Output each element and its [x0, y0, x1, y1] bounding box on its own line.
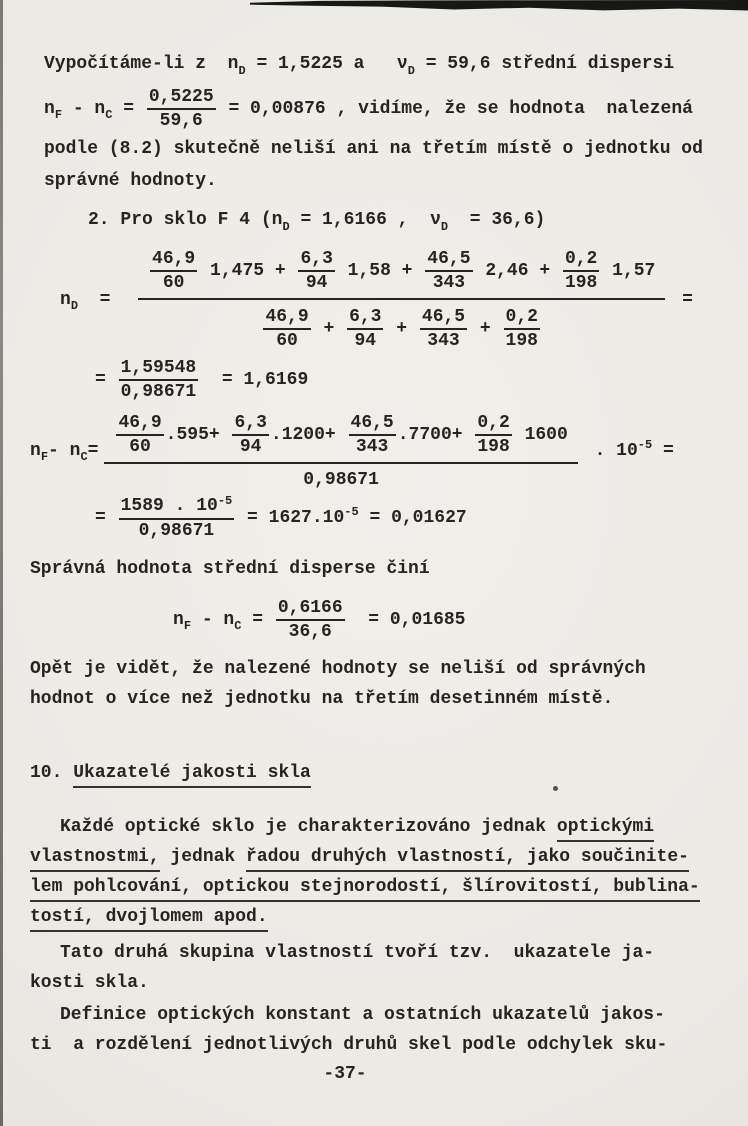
term-text: .595+ — [166, 425, 231, 445]
text-line: Definice optických konstant a ostatních … — [30, 1000, 714, 1030]
fraction-numerator: 0,2 — [475, 412, 511, 436]
subscript: D — [441, 214, 448, 240]
formula-nfc: nF- nC= 46,960.595+ 6,394.1200+ 46,5343.… — [30, 412, 714, 490]
underlined-text: optickými — [557, 815, 654, 842]
fraction-denominator: 198 — [475, 436, 511, 458]
fraction-numerator: 6,3 — [232, 412, 268, 436]
fraction-denominator: 343 — [425, 330, 461, 352]
text-line: Opět je vidět, že nalezené hodnoty se ne… — [30, 654, 714, 684]
fraction-numerator: 0,2 — [563, 248, 599, 272]
fraction-denominator: 60 — [274, 330, 300, 352]
text-segment: = 1,6166 , — [290, 210, 430, 230]
underlined-text: lem pohlcování, optickou stejnorodostí, … — [30, 875, 700, 902]
operator: = — [112, 99, 144, 119]
fraction: 46,5343 — [425, 248, 472, 294]
formula-nfc-result: = 1589 . 10-50,98671 = 1627.10-5 = 0,016… — [95, 494, 714, 542]
result-text: = 1,6169 — [200, 370, 308, 390]
fraction: 46,5343 — [420, 306, 467, 352]
fraction-denominator: 198 — [563, 272, 599, 294]
term-text: + — [313, 319, 345, 339]
list-item-2: 2. Pro sklo F 4 (nD = 1,6166 , νD = 36,6… — [88, 207, 714, 234]
section-heading-10: 10. Ukazatelé jakosti skla — [30, 760, 714, 788]
superscript: -5 — [218, 490, 232, 512]
big-fraction: 46,960.595+ 6,394.1200+ 46,5343.7700+ 0,… — [104, 412, 577, 490]
operator: = — [671, 290, 693, 310]
fraction: 46,5343 — [349, 412, 396, 458]
section-title: Ukazatelé jakosti skla — [73, 761, 311, 788]
fraction-numerator: 46,9 — [150, 248, 197, 272]
subscript: C — [105, 108, 112, 122]
symbol-nu: ν — [397, 54, 408, 74]
section-number: 10. — [30, 763, 73, 783]
fraction-numerator: 46,5 — [420, 306, 467, 330]
formula-nd: nD = 46,960 1,475 + 6,394 1,58 + 46,5343… — [60, 248, 714, 352]
numerator-text: 1589 . 10 — [121, 496, 218, 516]
symbol-n: n — [60, 290, 71, 310]
fraction-denominator: 36,6 — [287, 621, 334, 643]
fraction: 1,595480,98671 — [119, 357, 199, 403]
scanned-document-page: Vypočítáme-li z nD = 1,5225 a νD = 59,6 … — [0, 0, 748, 1126]
fraction: 0,616636,6 — [276, 597, 345, 643]
symbol-n: n — [173, 610, 184, 630]
term-text: 1,57 — [601, 261, 655, 281]
underlined-text: řadou druhých vlastností, jako součinite… — [246, 845, 689, 872]
operator: - — [191, 610, 223, 630]
text-segment: jednak — [160, 847, 246, 867]
fraction-numerator: 1,59548 — [119, 357, 199, 381]
text-line: kosti skla. — [30, 968, 714, 998]
fraction-denominator: 94 — [304, 272, 330, 294]
text-line: Vypočítáme-li z nD = 1,5225 a νD = 59,6 … — [44, 48, 714, 81]
text-line: podle (8.2) skutečně neliší ani na třetí… — [44, 133, 714, 165]
subscript: D — [282, 214, 289, 240]
symbol-nu: ν — [430, 210, 441, 230]
operator: - — [62, 99, 94, 119]
text-segment: = 0,00876 , vidíme, že se hodnota naleze… — [218, 99, 693, 119]
fraction: 46,960 — [263, 306, 310, 352]
fraction: 6,394 — [232, 412, 268, 458]
fraction-numerator: 0,5225 — [147, 86, 216, 110]
paragraph-tato: Tato druhá skupina vlastností tvoří tzv.… — [30, 938, 714, 998]
subscript: F — [41, 450, 48, 464]
paragraph-opet: Opět je vidět, že nalezené hodnoty se ne… — [30, 654, 714, 714]
operator: = — [95, 370, 117, 390]
operator: = — [88, 441, 99, 461]
term-text: .1200+ — [271, 425, 347, 445]
operator: = — [652, 441, 674, 461]
subscript: F — [55, 108, 62, 122]
superscript: -5 — [344, 505, 358, 519]
subscript: D — [408, 55, 415, 87]
fraction-denominator: 59,6 — [158, 110, 205, 132]
operator: = — [78, 290, 132, 310]
operator: = — [241, 610, 273, 630]
symbol-n: n — [272, 210, 283, 230]
fraction-denominator: 94 — [238, 436, 264, 458]
operator: = — [95, 508, 117, 528]
big-fraction-denominator: 0,98671 — [293, 470, 389, 490]
text-line: vlastnostmi, jednak řadou druhých vlastn… — [30, 842, 714, 872]
text-segment: = 1,5225 a — [246, 54, 397, 74]
paragraph-intro: Vypočítáme-li z nD = 1,5225 a νD = 59,6 … — [44, 48, 714, 197]
subscript: F — [184, 619, 191, 633]
result-text: = 1627.10 — [236, 508, 344, 528]
fraction-numerator: 46,9 — [263, 306, 310, 330]
fraction-denominator: 94 — [352, 330, 378, 352]
subscript: D — [71, 299, 78, 313]
fraction-denominator: 0,98671 — [119, 381, 199, 403]
text-line: hodnot o více než jednotku na třetím des… — [30, 684, 714, 714]
text-line: lem pohlcování, optickou stejnorodostí, … — [30, 872, 714, 902]
big-fraction-numerator: 46,960.595+ 6,394.1200+ 46,5343.7700+ 0,… — [104, 412, 577, 458]
text-line: tostí, dvojlomem apod. — [30, 902, 714, 932]
fraction: 0,2198 — [563, 248, 599, 294]
page-content: Vypočítáme-li z nD = 1,5225 a νD = 59,6 … — [30, 48, 714, 1086]
result-text: = 0,01627 — [359, 508, 467, 528]
subscript: C — [234, 619, 241, 633]
text-segment: Každé optické sklo je charakterizováno j… — [60, 817, 557, 837]
big-fraction-numerator: 46,960 1,475 + 6,394 1,58 + 46,5343 2,46… — [138, 248, 665, 294]
formula-nd-result: = 1,595480,98671 = 1,6169 — [95, 356, 714, 404]
symbol-n: n — [44, 99, 55, 119]
symbol-n: n — [94, 99, 105, 119]
term-text: 1,475 + — [199, 261, 296, 281]
text-segment: 2. Pro sklo F 4 ( — [88, 210, 272, 230]
fraction-denominator: 198 — [504, 330, 540, 352]
result-text: = 0,01685 — [347, 610, 466, 630]
fraction-numerator: 1589 . 10-5 — [119, 495, 235, 520]
fraction-denominator: 60 — [161, 272, 187, 294]
paragraph-definice: Definice optických konstant a ostatních … — [30, 1000, 714, 1060]
paragraph-spravna: Správná hodnota střední disperse činí — [30, 556, 714, 582]
fraction-numerator: 6,3 — [298, 248, 334, 272]
text-line: správné hodnoty. — [44, 165, 714, 197]
text-line: Každé optické sklo je charakterizováno j… — [30, 812, 714, 842]
text-line: Tato druhá skupina vlastností tvoří tzv.… — [30, 938, 714, 968]
denominator-value: 0,98671 — [303, 470, 379, 490]
symbol-n: n — [223, 610, 234, 630]
fraction-numerator: 46,9 — [116, 412, 163, 436]
underlined-text: vlastnostmi, — [30, 845, 160, 872]
fraction: 6,394 — [347, 306, 383, 352]
fraction-bar — [138, 298, 665, 300]
symbol-n: n — [30, 441, 41, 461]
text-line: ti a rozdělení jednotlivých druhů skel p… — [30, 1030, 714, 1060]
term-text: 1600 — [514, 425, 568, 445]
fraction-denominator: 343 — [354, 436, 390, 458]
scan-artifact-left-edge — [0, 0, 3, 1126]
paragraph-kazde: Každé optické sklo je charakterizováno j… — [30, 812, 714, 932]
scan-artifact-top-band — [250, 0, 748, 11]
page-number: -37- — [3, 1062, 687, 1086]
term-text: .7700+ — [398, 425, 474, 445]
underlined-text: tostí, dvojlomem apod. — [30, 905, 268, 932]
fraction: 6,394 — [298, 248, 334, 294]
fraction-denominator: 60 — [127, 436, 153, 458]
big-fraction: 46,960 1,475 + 6,394 1,58 + 46,5343 2,46… — [138, 248, 665, 352]
fraction-denominator: 343 — [431, 272, 467, 294]
fraction: 0,522559,6 — [147, 86, 216, 132]
fraction: 0,2198 — [504, 306, 540, 352]
subscript: C — [80, 450, 87, 464]
fraction: 46,960 — [150, 248, 197, 294]
big-fraction-denominator: 46,960 + 6,394 + 46,5343 + 0,2198 — [251, 306, 551, 352]
operator: - — [48, 441, 70, 461]
term-text: + — [385, 319, 417, 339]
fraction: 1589 . 10-50,98671 — [119, 495, 235, 542]
fraction-numerator: 6,3 — [347, 306, 383, 330]
term-text: + — [469, 319, 501, 339]
fraction-numerator: 46,5 — [349, 412, 396, 436]
fraction: 46,960 — [116, 412, 163, 458]
text-segment: = 36,6) — [448, 210, 545, 230]
fraction-numerator: 0,2 — [504, 306, 540, 330]
text-segment: = 59,6 střední dispersi — [415, 54, 674, 74]
multiplier-text: . 10 — [584, 441, 638, 461]
fraction-bar — [104, 462, 577, 464]
fraction-denominator: 0,98671 — [137, 520, 217, 542]
text-segment: Vypočítáme-li z — [44, 54, 228, 74]
inline-formula-line: nF - nC = 0,522559,6 = 0,00876 , vidíme,… — [44, 85, 714, 133]
fraction-numerator: 46,5 — [425, 248, 472, 272]
symbol-n: n — [228, 54, 239, 74]
fraction-numerator: 0,6166 — [276, 597, 345, 621]
symbol-n: n — [70, 441, 81, 461]
subscript: D — [238, 55, 245, 87]
term-text: 2,46 + — [475, 261, 561, 281]
fraction: 0,2198 — [475, 412, 511, 458]
term-text: 1,58 + — [337, 261, 423, 281]
superscript: -5 — [638, 438, 652, 452]
formula-dispersion: nF - nC = 0,616636,6 = 0,01685 — [173, 596, 714, 644]
